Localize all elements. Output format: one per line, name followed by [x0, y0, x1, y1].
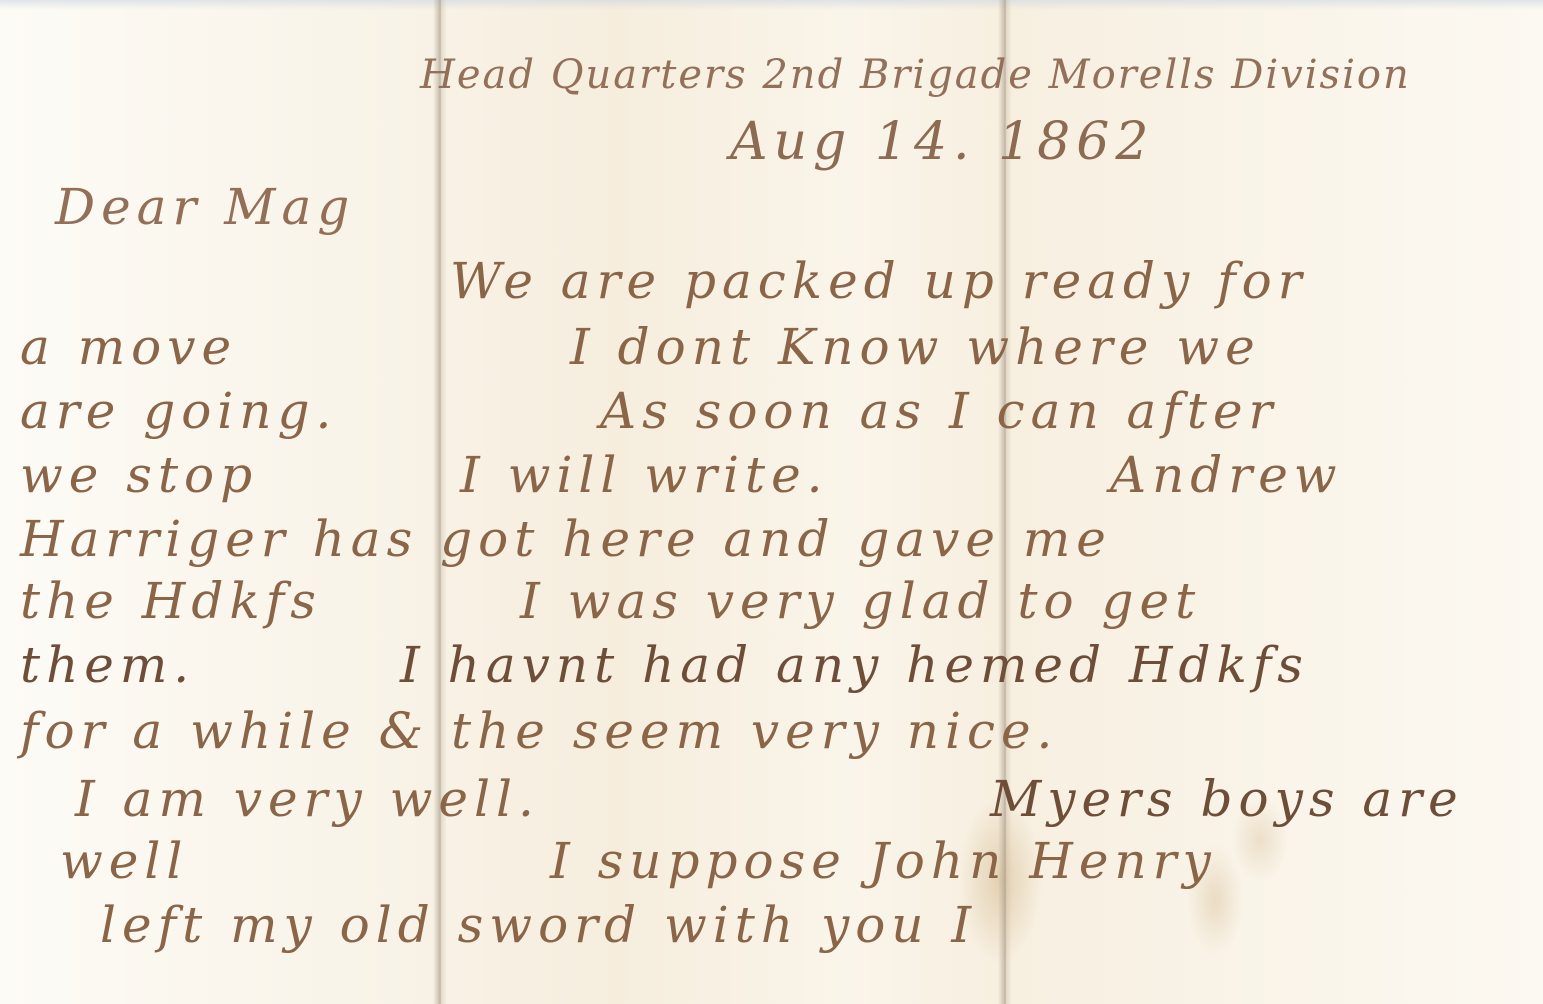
- letter-line: Harriger has got here and gave me: [20, 510, 1112, 568]
- letter-line: left my old sword with you I: [100, 896, 977, 954]
- letter-sheet: Head Quarters 2nd Brigade Morells Divisi…: [0, 0, 1543, 1004]
- letter-line: are going.: [20, 382, 337, 440]
- letter-line: them.: [20, 636, 195, 694]
- letter-line: Andrew: [1110, 446, 1343, 504]
- salutation: Dear Mag: [55, 178, 355, 236]
- letter-line: I will write.: [460, 446, 829, 504]
- letter-line: I was very glad to get: [520, 572, 1201, 630]
- fold-crease-left: [433, 0, 447, 1004]
- letter-line: the Hdkfs: [20, 572, 322, 630]
- letter-line: for a while & the seem very nice.: [20, 702, 1058, 760]
- letter-line: I dont Know where we: [570, 318, 1261, 376]
- letter-line: a move: [20, 318, 237, 376]
- letter-line: We are packed up ready for: [450, 252, 1308, 310]
- letter-line: I am very well.: [75, 770, 540, 828]
- letter-line: we stop: [20, 446, 258, 504]
- letter-date: Aug 14. 1862: [730, 112, 1154, 172]
- letter-heading: Head Quarters 2nd Brigade Morells Divisi…: [420, 52, 1411, 98]
- letter-line: As soon as I can after: [600, 382, 1278, 440]
- letter-line: I suppose John Henry: [550, 832, 1217, 890]
- paper-top-edge: [0, 0, 1543, 10]
- letter-line: Myers boys are: [990, 770, 1464, 828]
- letter-line: I havnt had any hemed Hdkfs: [400, 636, 1309, 694]
- letter-line: well: [60, 832, 188, 890]
